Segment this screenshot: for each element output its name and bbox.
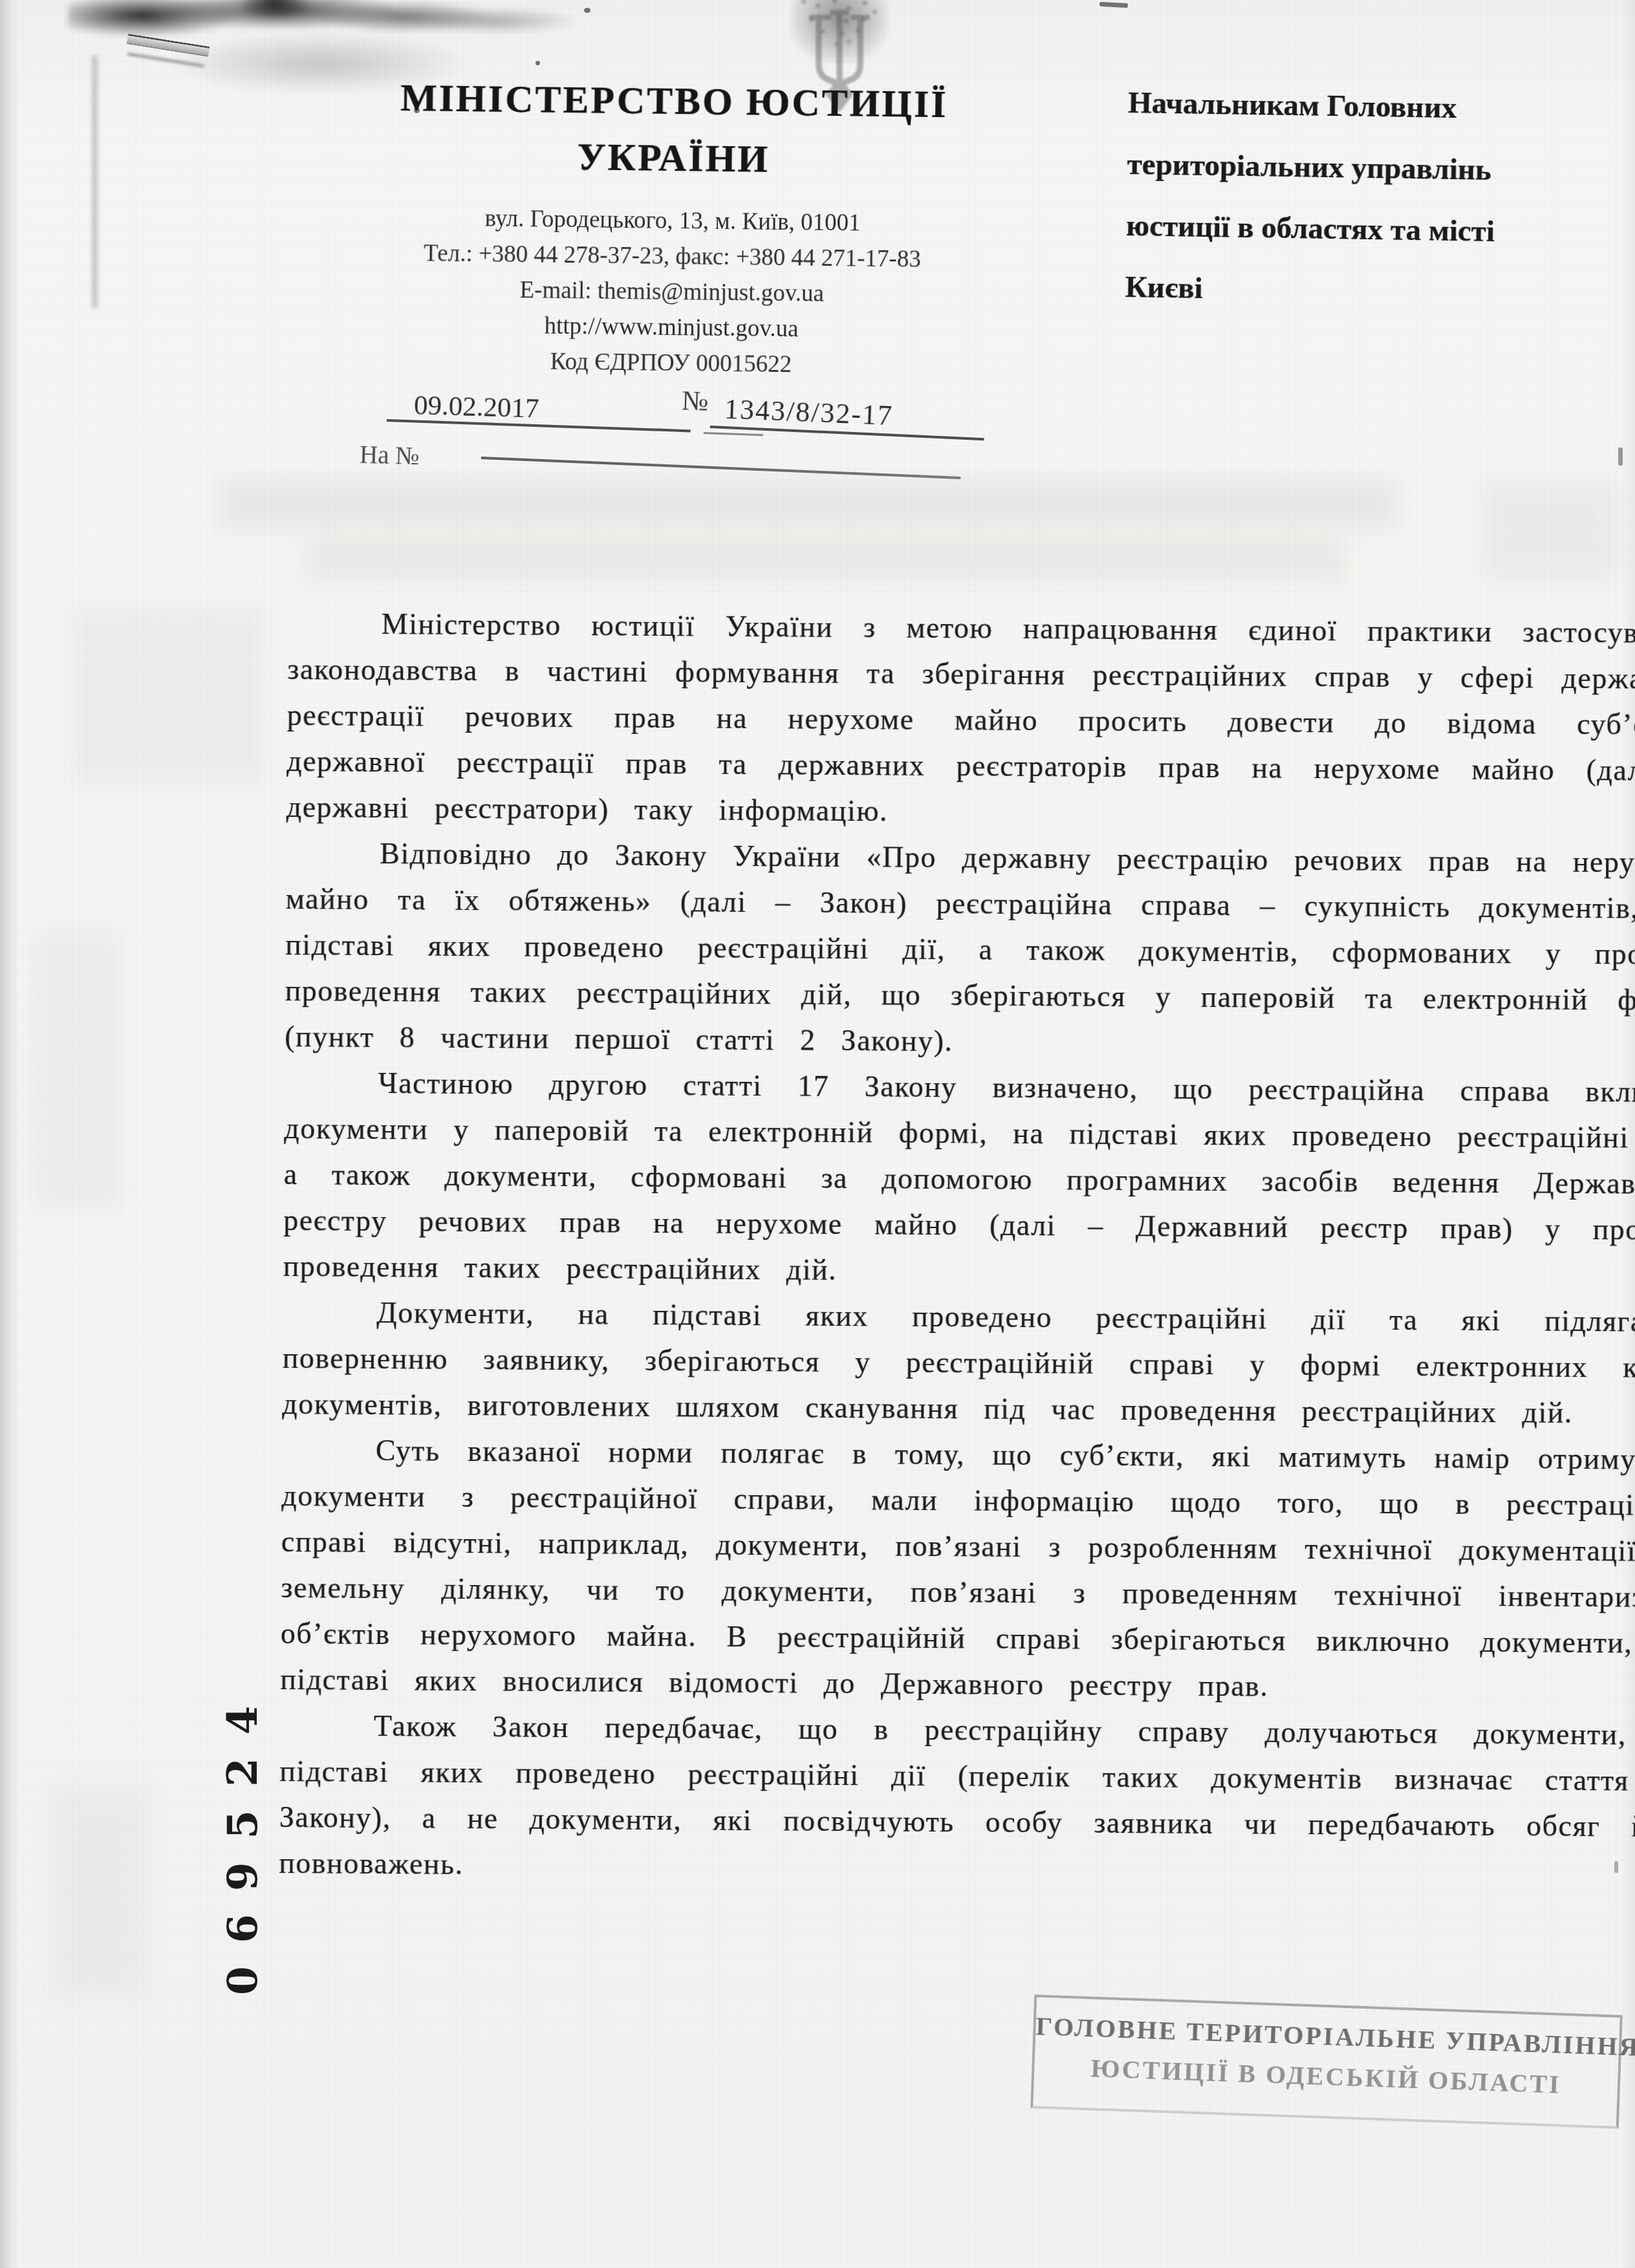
bleed-through-patch xyxy=(52,1785,149,1998)
scanned-letter-page: МІНІСТЕРСТВО ЮСТИЦІЇ УКРАЇНИ вул. Городе… xyxy=(0,0,1635,2268)
scan-speck xyxy=(536,61,540,65)
bleed-through-patch xyxy=(220,479,1397,529)
recipient-line: юстиції в областях та місті xyxy=(1126,195,1618,265)
scan-speck xyxy=(584,8,590,13)
recipient-line: територіальних управлінь xyxy=(1127,134,1619,203)
scan-left-edge-shadow xyxy=(0,0,19,2268)
bleed-through-patch xyxy=(36,931,120,1209)
reply-number-blank-line xyxy=(481,457,961,479)
ministry-title-line2: УКРАЇНИ xyxy=(324,125,1023,190)
bleed-through-patch xyxy=(1481,480,1620,580)
receiving-office-stamp: ГОЛОВНЕ ТЕРИТОРІАЛЬНЕ УПРАВЛІННЯ ЮСТИЦІЇ… xyxy=(1030,1994,1623,2129)
scan-speck xyxy=(1618,448,1623,466)
reply-to-label: На № xyxy=(359,440,420,471)
bleed-through-patch xyxy=(71,608,265,783)
bleed-through-patch xyxy=(304,537,1345,583)
body-paragraph-5: Суть вказаної норми полягає в тому, що с… xyxy=(280,1427,1635,1712)
ministry-title-line1: МІНІСТЕРСТВО ЮСТИЦІЇ xyxy=(325,68,1024,133)
document-number-label: № xyxy=(681,385,709,417)
body-paragraph-3: Частиною другою статті 17 Закону визначе… xyxy=(283,1059,1635,1299)
body-paragraph-4: Документи, на підставі яких проведено ре… xyxy=(282,1289,1635,1436)
letterhead: МІНІСТЕРСТВО ЮСТИЦІЇ УКРАЇНИ вул. Городе… xyxy=(321,68,1024,385)
handwritten-registration-number: 069524 xyxy=(219,1683,267,1995)
letterhead-edrpou-code: Код ЄДРПОУ 00015622 xyxy=(321,341,1021,385)
strikethrough-dash xyxy=(704,432,763,436)
recipient-line: Києві xyxy=(1125,257,1617,326)
scan-streak xyxy=(92,56,98,308)
body-paragraph-6: Також Закон передбачає, що в реєстраційн… xyxy=(279,1702,1635,1895)
scan-speck xyxy=(1099,2,1128,8)
document-date: 09.02.2017 xyxy=(413,389,539,424)
document-number: 1343/8/32-17 xyxy=(724,393,894,432)
body-paragraph-2: Відповідно до Закону України «Про держав… xyxy=(285,830,1635,1069)
recipient-line: Начальникам Головних xyxy=(1128,72,1620,142)
body-paragraph-1: Міністерство юстиції України з метою нап… xyxy=(287,600,1635,839)
letterhead-contacts: вул. Городецького, 13, м. Київ, 01001 Те… xyxy=(321,199,1022,385)
letter-body: Міністерство юстиції України з метою нап… xyxy=(279,600,1635,1895)
recipient-block: Начальникам Головних територіальних упра… xyxy=(1125,72,1620,326)
